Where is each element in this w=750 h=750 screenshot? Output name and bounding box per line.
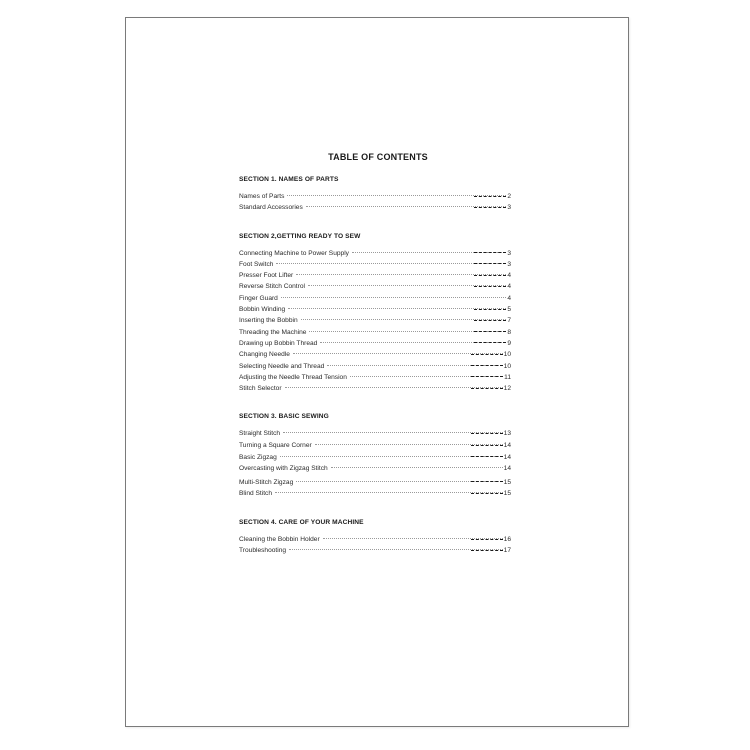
dot-leader xyxy=(350,247,506,255)
toc-entry-page-number: 12 xyxy=(504,385,511,392)
toc-entry-page-number: 3 xyxy=(507,250,511,257)
toc-entry[interactable]: Finger Guard4 xyxy=(239,292,511,303)
dash-leader-segment xyxy=(471,539,503,540)
dash-leader-segment xyxy=(471,365,503,366)
toc-entry-page-number: 3 xyxy=(507,261,511,268)
dot-leader xyxy=(285,190,506,198)
toc-entry[interactable]: Changing Needle10 xyxy=(239,348,511,359)
toc-section-3: SECTION 3. BASIC SEWINGStraight Stitch13… xyxy=(239,413,511,499)
dot-leader xyxy=(307,326,506,334)
dash-leader-segment xyxy=(474,263,506,264)
dash-leader-segment xyxy=(474,342,506,343)
toc-entry-label: Finger Guard xyxy=(239,295,278,302)
section-heading: SECTION 3. BASIC SEWING xyxy=(239,413,511,420)
dot-leader xyxy=(348,371,503,379)
toc-entry-page-number: 2 xyxy=(507,193,511,200)
dash-leader-segment xyxy=(471,481,503,482)
toc-sections: SECTION 1. NAMES OF PARTSNames of Parts2… xyxy=(239,176,511,556)
toc-entry-page-number: 16 xyxy=(504,536,511,543)
toc-entry-label: Connecting Machine to Power Supply xyxy=(239,250,349,257)
dot-leader xyxy=(318,337,506,345)
toc-entry-page-number: 3 xyxy=(507,204,511,211)
toc-entry[interactable]: Blind Stitch15 xyxy=(239,487,511,499)
dot-leader xyxy=(283,382,503,390)
dot-leader xyxy=(279,292,506,300)
dot-leader xyxy=(299,314,506,322)
toc-entry-page-number: 15 xyxy=(504,490,511,497)
toc-entry-label: Overcasting with Zigzag Stitch xyxy=(239,465,328,472)
toc-entry-label: Adjusting the Needle Thread Tension xyxy=(239,374,347,381)
dot-leader xyxy=(304,201,506,209)
toc-entry-page-number: 4 xyxy=(507,283,511,290)
toc-entry-label: Standard Accessories xyxy=(239,204,303,211)
toc-entry-page-number: 11 xyxy=(504,374,511,381)
toc-entry-label: Reverse Stitch Control xyxy=(239,283,305,290)
toc-entry-label: Turning a Square Corner xyxy=(239,442,312,449)
toc-entry-page-number: 9 xyxy=(507,340,511,347)
toc-entry-page-number: 5 xyxy=(507,306,511,313)
toc-entry[interactable]: Drawing up Bobbin Thread9 xyxy=(239,337,511,348)
toc-entry[interactable]: Foot Switch3 xyxy=(239,258,511,269)
dot-leader xyxy=(306,280,506,288)
dot-leader xyxy=(321,533,503,541)
toc-entry[interactable]: Troubleshooting17 xyxy=(239,544,511,555)
section-heading: SECTION 1. NAMES OF PARTS xyxy=(239,176,511,183)
dot-leader xyxy=(294,476,502,484)
toc-entry-label: Foot Switch xyxy=(239,261,273,268)
toc-entry-page-number: 14 xyxy=(504,442,511,449)
dash-leader-segment xyxy=(471,456,503,457)
dot-leader xyxy=(287,544,503,552)
toc-entry[interactable]: Straight Stitch13 xyxy=(239,427,511,439)
toc-entry-page-number: 7 xyxy=(507,317,511,324)
toc-entry[interactable]: Overcasting with Zigzag Stitch14 xyxy=(239,462,511,474)
dash-leader-segment xyxy=(474,207,506,208)
toc-entry-label: Bobbin Winding xyxy=(239,306,285,313)
toc-entry-label: Stitch Selector xyxy=(239,385,282,392)
dot-leader xyxy=(281,427,503,435)
toc-entry[interactable]: Presser Foot Lifter4 xyxy=(239,269,511,280)
dot-leader xyxy=(273,487,503,495)
toc-entry[interactable]: Stitch Selector12 xyxy=(239,382,511,393)
toc-entry[interactable]: Adjusting the Needle Thread Tension11 xyxy=(239,371,511,382)
toc-entry-list: Names of Parts2Standard Accessories3 xyxy=(239,190,511,213)
toc-entry-page-number: 15 xyxy=(504,479,511,486)
toc-entry-label: Presser Foot Lifter xyxy=(239,272,293,279)
toc-entry-label: Blind Stitch xyxy=(239,490,272,497)
toc-entry[interactable]: Reverse Stitch Control4 xyxy=(239,280,511,291)
dot-leader xyxy=(313,439,503,447)
dot-leader xyxy=(278,451,503,459)
toc-entry-label: Changing Needle xyxy=(239,351,290,358)
section-heading: SECTION 4. CARE OF YOUR MACHINE xyxy=(239,519,511,526)
page-title: TABLE OF CONTENTS xyxy=(245,152,511,162)
toc-entry-label: Multi-Stitch Zigzag xyxy=(239,479,293,486)
section-heading: SECTION 2,GETTING READY TO SEW xyxy=(239,233,511,240)
toc-entry-page-number: 10 xyxy=(504,351,511,358)
dot-leader xyxy=(291,348,503,356)
toc-entry-label: Cleaning the Bobbin Holder xyxy=(239,536,320,543)
table-of-contents: TABLE OF CONTENTS SECTION 1. NAMES OF PA… xyxy=(239,152,511,556)
toc-entry-page-number: 4 xyxy=(507,272,511,279)
dash-leader-segment xyxy=(471,376,503,377)
dot-leader xyxy=(325,360,502,368)
toc-entry[interactable]: Threading the Machine8 xyxy=(239,326,511,337)
toc-entry[interactable]: Turning a Square Corner14 xyxy=(239,439,511,451)
toc-entry-page-number: 14 xyxy=(504,454,511,461)
toc-entry-label: Straight Stitch xyxy=(239,430,280,437)
dot-leader xyxy=(329,462,503,470)
dash-leader-segment xyxy=(471,550,503,551)
dash-leader-segment xyxy=(474,320,506,321)
toc-section-4: SECTION 4. CARE OF YOUR MACHINECleaning … xyxy=(239,519,511,556)
document-page: TABLE OF CONTENTS SECTION 1. NAMES OF PA… xyxy=(125,17,629,727)
dash-leader-segment xyxy=(474,275,506,276)
toc-entry-label: Basic Zigzag xyxy=(239,454,277,461)
toc-entry-label: Names of Parts xyxy=(239,193,284,200)
toc-entry[interactable]: Bobbin Winding5 xyxy=(239,303,511,314)
toc-entry[interactable]: Basic Zigzag14 xyxy=(239,451,511,463)
dot-leader xyxy=(294,269,506,277)
toc-entry-label: Selecting Needle and Thread xyxy=(239,363,324,370)
toc-entry[interactable]: Multi-Stitch Zigzag15 xyxy=(239,476,511,488)
dot-leader xyxy=(274,258,506,266)
toc-entry-label: Threading the Machine xyxy=(239,329,306,336)
toc-entry-page-number: 4 xyxy=(507,295,511,302)
toc-section-2: SECTION 2,GETTING READY TO SEWConnecting… xyxy=(239,233,511,394)
toc-entry[interactable]: Selecting Needle and Thread10 xyxy=(239,360,511,371)
toc-entry-page-number: 17 xyxy=(504,547,511,554)
toc-entry[interactable]: Cleaning the Bobbin Holder16 xyxy=(239,533,511,544)
dash-leader-segment xyxy=(471,445,503,446)
dash-leader-segment xyxy=(474,331,506,332)
dash-leader-segment xyxy=(471,354,503,355)
toc-entry-list: Connecting Machine to Power Supply3Foot … xyxy=(239,247,511,394)
toc-entry-page-number: 14 xyxy=(504,465,511,472)
toc-entry-list: Straight Stitch13Turning a Square Corner… xyxy=(239,427,511,499)
toc-entry[interactable]: Connecting Machine to Power Supply3 xyxy=(239,247,511,258)
dash-leader-segment xyxy=(471,388,503,389)
toc-entry[interactable]: Names of Parts2 xyxy=(239,190,511,201)
toc-section-1: SECTION 1. NAMES OF PARTSNames of Parts2… xyxy=(239,176,511,213)
toc-entry[interactable]: Inserting the Bobbin7 xyxy=(239,314,511,325)
toc-entry-page-number: 10 xyxy=(504,363,511,370)
dash-leader-segment xyxy=(471,493,503,494)
toc-entry-label: Troubleshooting xyxy=(239,547,286,554)
toc-entry-label: Drawing up Bobbin Thread xyxy=(239,340,317,347)
dash-leader-segment xyxy=(474,252,506,253)
dash-leader-segment xyxy=(474,309,506,310)
toc-entry-page-number: 8 xyxy=(507,329,511,336)
dash-leader-segment xyxy=(474,286,506,287)
toc-entry-label: Inserting the Bobbin xyxy=(239,317,298,324)
dash-leader-segment xyxy=(471,433,503,434)
toc-entry[interactable]: Standard Accessories3 xyxy=(239,201,511,212)
toc-entry-page-number: 13 xyxy=(504,430,511,437)
dot-leader xyxy=(286,303,506,311)
dash-leader-segment xyxy=(474,196,506,197)
toc-entry-list: Cleaning the Bobbin Holder16Troubleshoot… xyxy=(239,533,511,556)
